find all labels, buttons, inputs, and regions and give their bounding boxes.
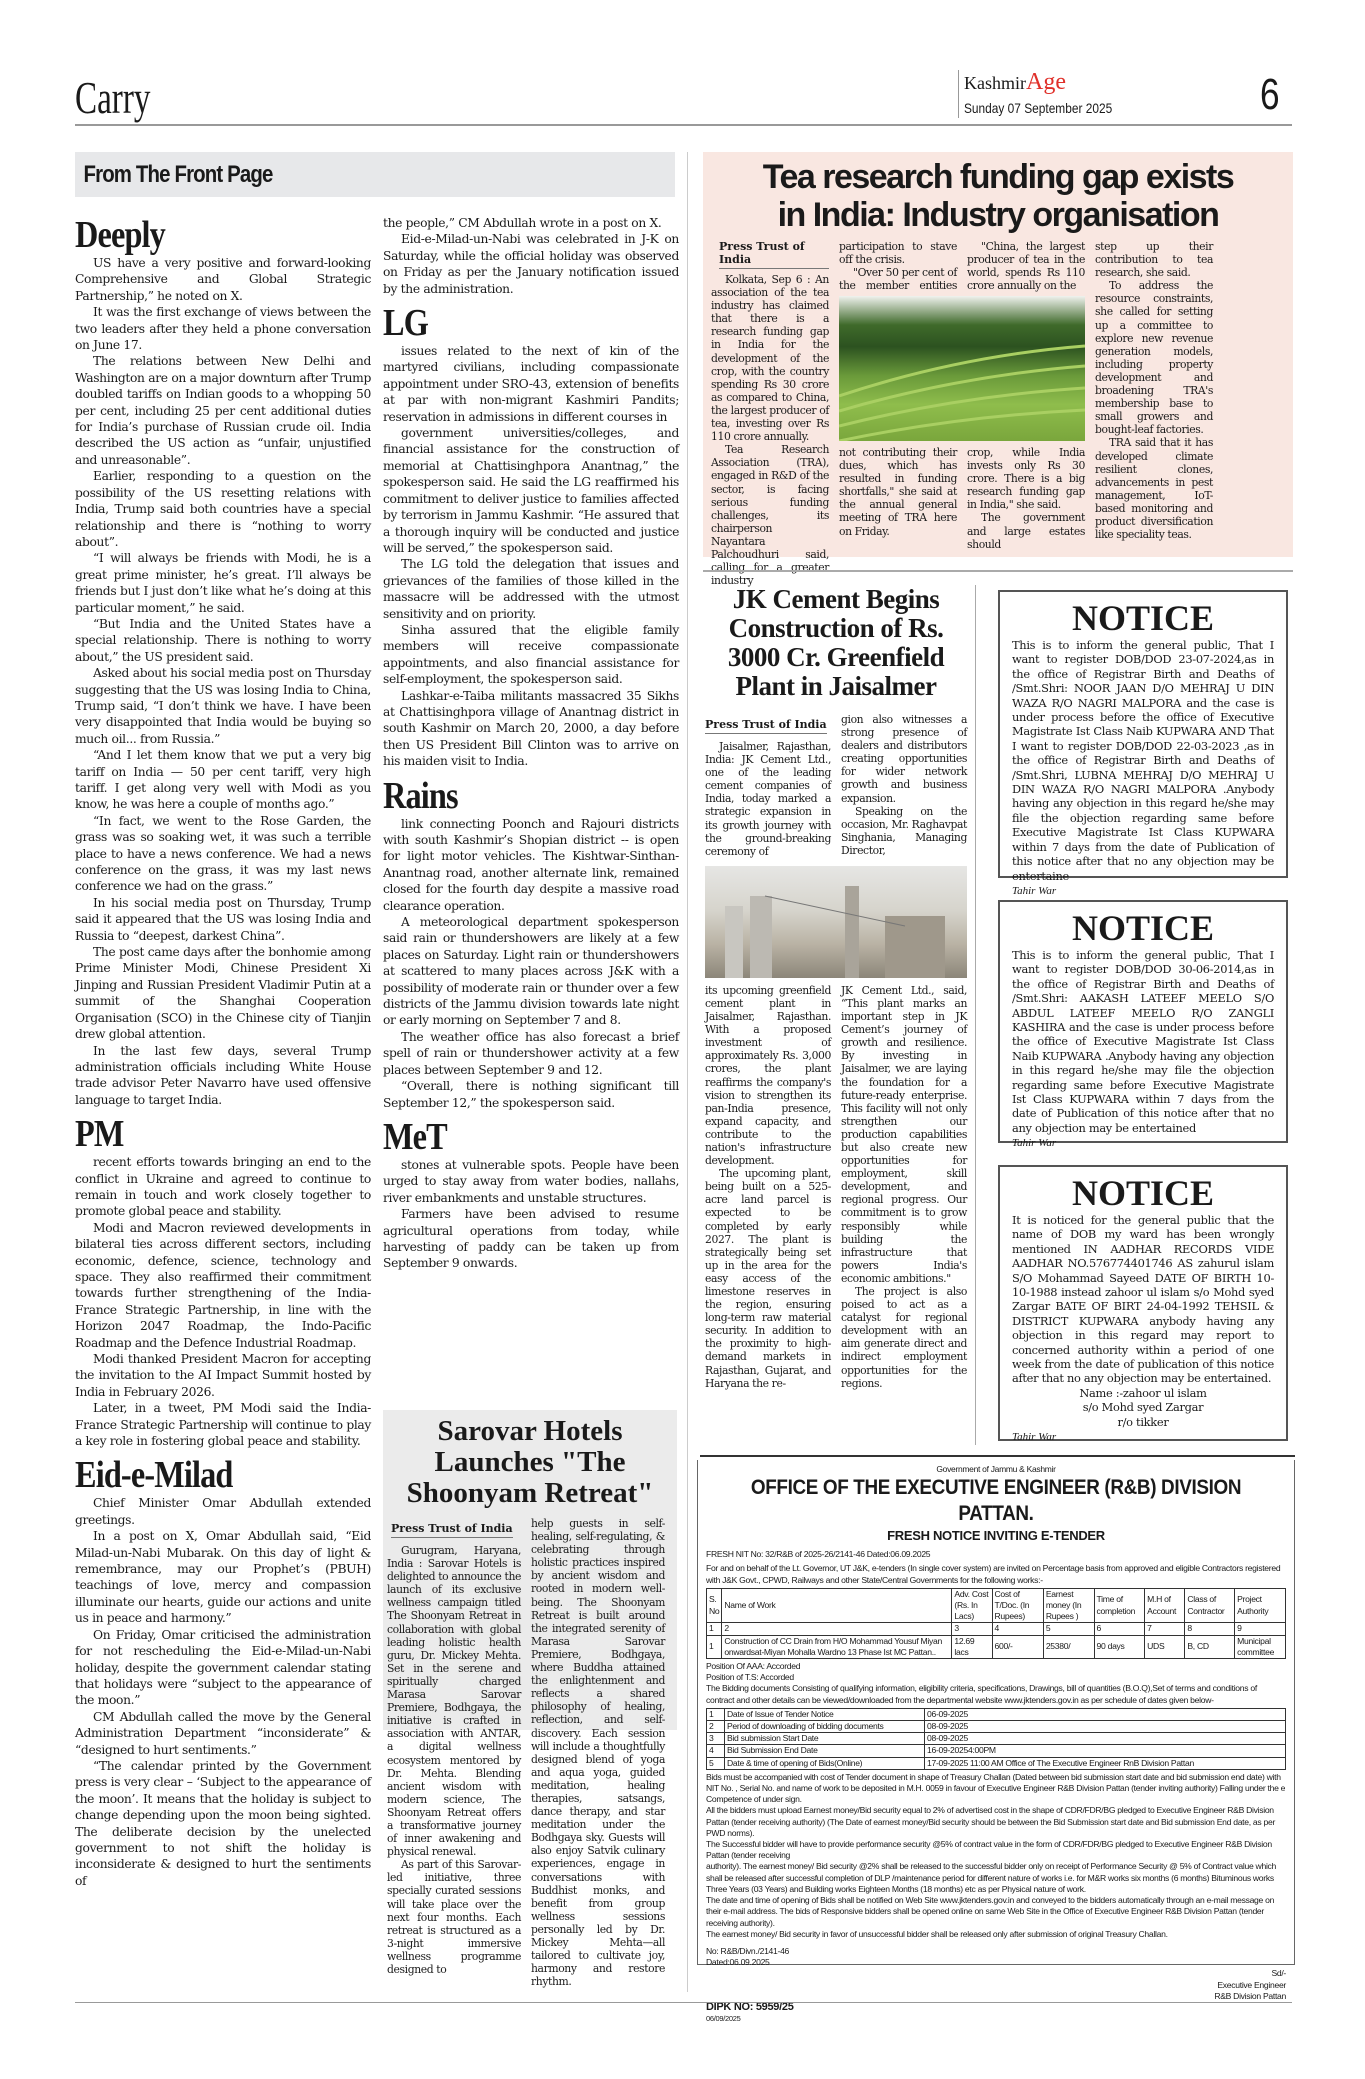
story-met: stones at vulnerable spots. People have … xyxy=(383,1157,679,1272)
story-deeply: US have a very positive and forward-look… xyxy=(75,255,371,1108)
front-page-column-1: Deeply US have a very positive and forwa… xyxy=(75,215,371,1889)
kicker-rains: Rains xyxy=(383,776,635,816)
tea-article: Tea research funding gap exists in India… xyxy=(703,152,1293,557)
table-header-row: S. No Name of Work Adv. Cost (Rs. In Lac… xyxy=(707,1588,1286,1623)
cement-plant-image xyxy=(705,866,967,978)
schedule-table: 1Date of Issue of Tender Notice06-09-202… xyxy=(706,1708,1286,1770)
cement-plant-illustration xyxy=(705,866,967,978)
sarovar-article: Sarovar Hotels Launches "The Shoonyam Re… xyxy=(383,1410,677,1730)
table-number-row: 123456789 xyxy=(707,1623,1286,1635)
tea-plantation-image xyxy=(839,296,1085,441)
divider-line xyxy=(703,570,1293,572)
tea-field-illustration xyxy=(839,296,1085,441)
schedule-row: 2Period of downloading of bidding docume… xyxy=(707,1721,1286,1733)
page-number: 6 xyxy=(1260,70,1280,120)
masthead: Carry KashmirAge Sunday 07 September 202… xyxy=(75,70,1292,126)
notice-2: NOTICE This is to inform the general pub… xyxy=(998,900,1288,1143)
column-divider xyxy=(687,152,688,1992)
story-pm: recent efforts towards bringing an end t… xyxy=(75,1154,371,1449)
schedule-row: 4Bid Submission End Date16-09-20254:00PM xyxy=(707,1745,1286,1757)
notice-1: NOTICE This is to inform the general pub… xyxy=(998,590,1288,878)
jk-cement-headline: JK Cement Begins Construction of Rs. 300… xyxy=(705,585,967,701)
divider-line xyxy=(700,1455,1295,1457)
footer-rule xyxy=(75,2002,1292,2003)
tea-byline: Press Trust of India xyxy=(719,240,829,269)
jk-cement-article: JK Cement Begins Construction of Rs. 300… xyxy=(705,585,967,1390)
kicker-met: MeT xyxy=(383,1117,635,1157)
section-header-from-front-page: From The Front Page xyxy=(75,152,675,197)
kicker-pm: PM xyxy=(75,1114,327,1154)
jk-byline: Press Trust of India xyxy=(705,718,827,734)
kicker-lg: LG xyxy=(383,303,635,343)
column-divider-right xyxy=(975,585,976,1445)
sarovar-byline: Press Trust of India xyxy=(391,1522,513,1538)
schedule-row: 3Bid submission Start Date08-09-2025 xyxy=(707,1733,1286,1745)
tender-signature: Sd/- Executive Engineer R&B Division Pat… xyxy=(706,1968,1286,2002)
kicker-eid-e-milad: Eid-e-Milad xyxy=(75,1455,327,1495)
issue-date: Sunday 07 September 2025 xyxy=(964,100,1112,116)
schedule-row: 5Date & time of opening of Bids(Online)1… xyxy=(707,1757,1286,1769)
tender-title: OFFICE OF THE EXECUTIVE ENGINEER (R&B) D… xyxy=(735,1475,1257,1527)
schedule-row: 1Date of Issue of Tender Notice06-09-202… xyxy=(707,1708,1286,1720)
story-lg: issues related to the next of kin of the… xyxy=(383,343,679,770)
story-eid-continued: the people,” CM Abdullah wrote in a post… xyxy=(383,215,679,297)
tender-notice: Government of Jammu & Kashmir OFFICE OF … xyxy=(697,1460,1295,1965)
newspaper-logo: KashmirAge xyxy=(964,70,1066,95)
dipk-number: DIPK NO: 5959/25 xyxy=(706,2002,1286,2013)
story-rains: link connecting Poonch and Rajouri distr… xyxy=(383,816,679,1111)
story-eid-e-milad: Chief Minister Omar Abdullah extended gr… xyxy=(75,1495,371,1889)
tea-headline: Tea research funding gap exists in India… xyxy=(711,158,1285,234)
sarovar-headline: Sarovar Hotels Launches "The Shoonyam Re… xyxy=(387,1416,673,1509)
tender-subtitle: FRESH NOTICE INVITING E-TENDER xyxy=(706,1527,1286,1545)
table-row: 1Construction of CC Drain from H/O Moham… xyxy=(707,1635,1286,1658)
notice-3: NOTICE It is noticed for the general pub… xyxy=(998,1165,1288,1441)
front-page-column-2: the people,” CM Abdullah wrote in a post… xyxy=(383,215,679,1272)
kicker-deeply: Deeply xyxy=(75,215,327,255)
logo-divider xyxy=(958,70,959,118)
section-title: Carry xyxy=(75,74,150,122)
works-table: S. No Name of Work Adv. Cost (Rs. In Lac… xyxy=(706,1588,1286,1659)
